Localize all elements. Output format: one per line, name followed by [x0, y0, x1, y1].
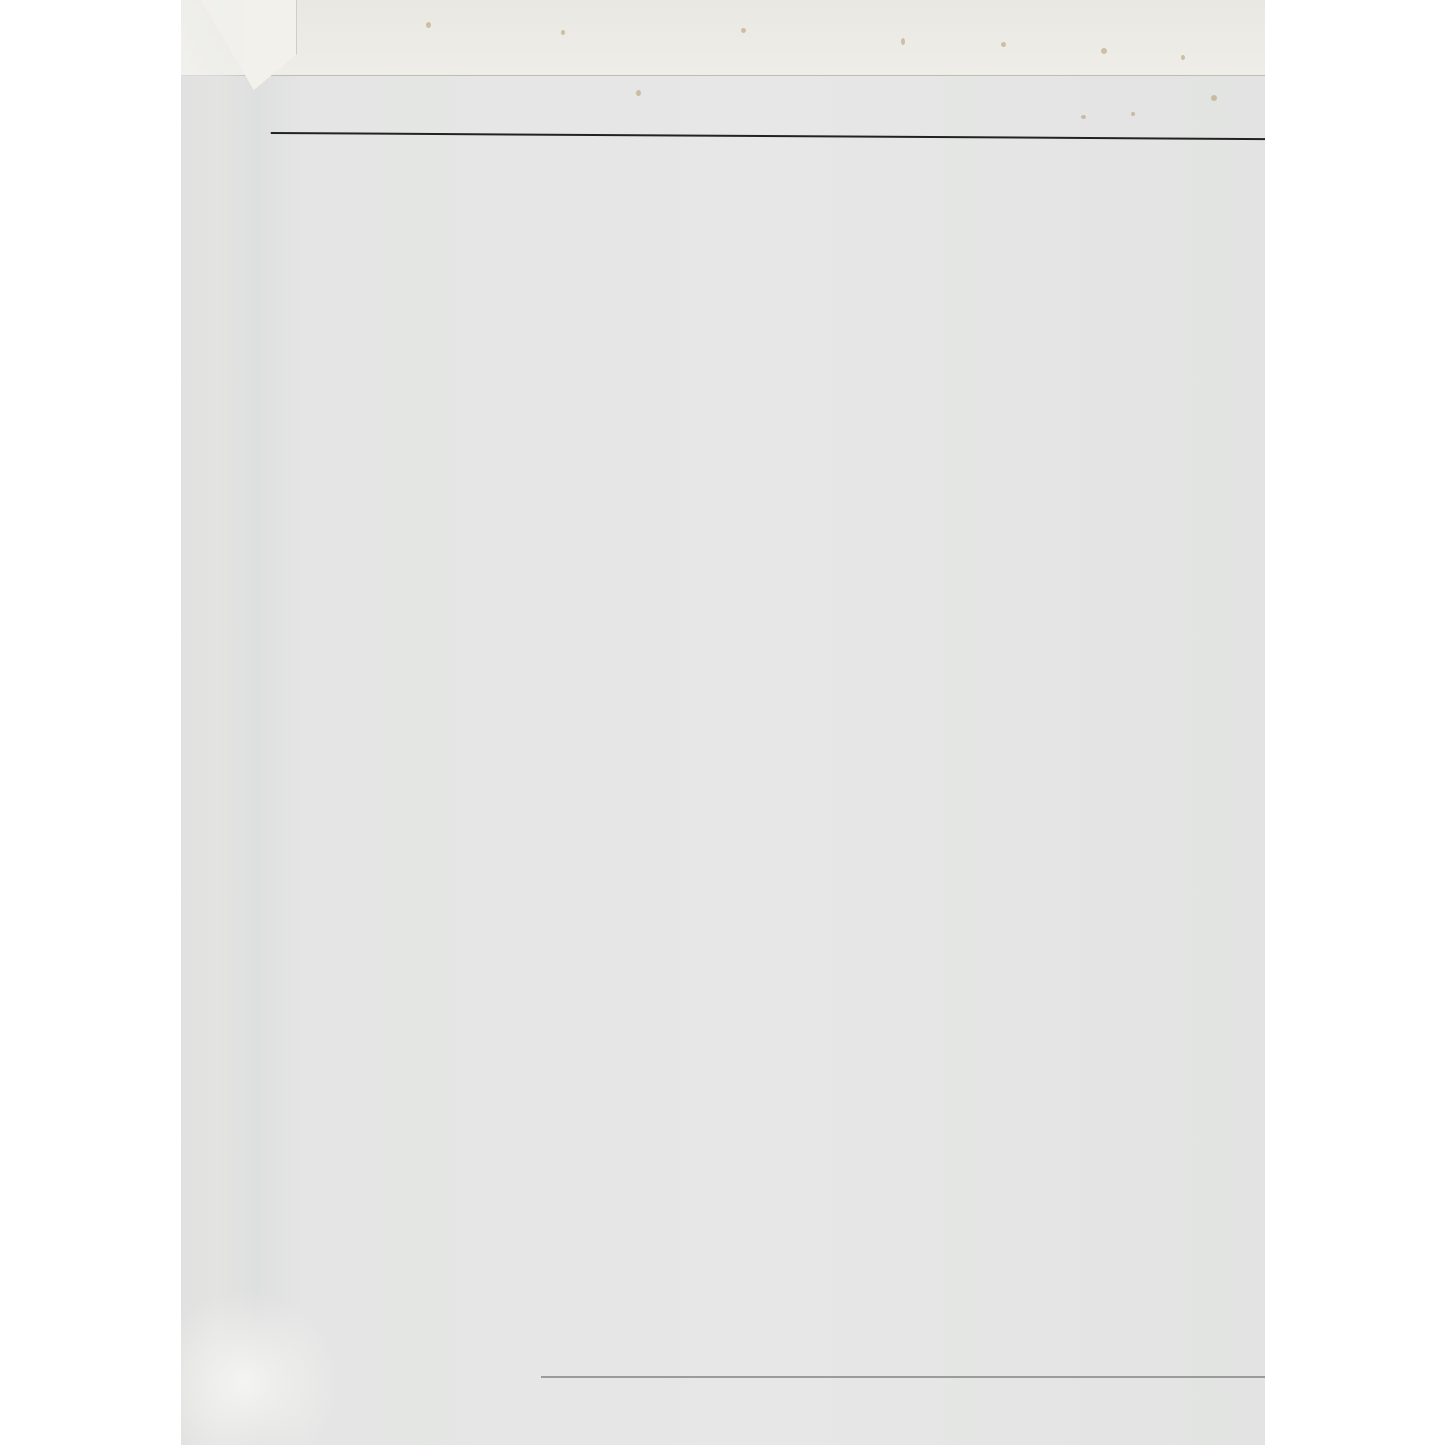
stain: [1001, 42, 1006, 47]
stain: [1101, 48, 1107, 54]
stain: [1211, 95, 1217, 101]
pattern-content: [271, 98, 1265, 149]
stain: [1181, 55, 1185, 60]
envelope-flap: [181, 0, 1265, 76]
stain: [741, 28, 746, 33]
stain: [426, 22, 431, 28]
footer-rule: [541, 1376, 1265, 1378]
stain: [561, 30, 565, 35]
worn-edge: [181, 0, 256, 1445]
header-row: [271, 98, 1265, 140]
stain: [901, 38, 905, 45]
pattern-envelope-back: [181, 0, 1265, 1445]
stain: [636, 90, 641, 96]
crease: [181, 1290, 341, 1445]
